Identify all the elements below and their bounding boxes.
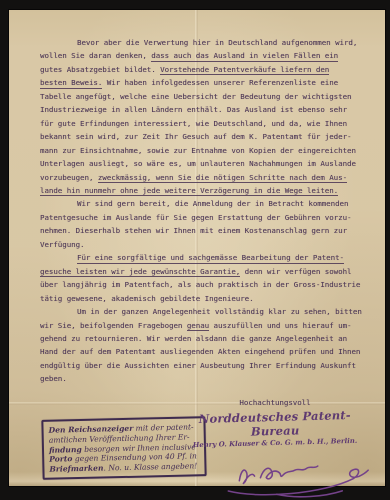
text-segment: Porto — [49, 455, 72, 465]
letter-line: gutes Absatzgebiet bildet. Vorstehende P… — [40, 63, 374, 76]
letter-line: gehend zu retournieren. Wir werden alsda… — [40, 332, 374, 345]
letter-line: endgültig über die Aussichten einer Ausb… — [40, 359, 374, 372]
text-segment: Um in der ganzen Angelegenheit vollständ… — [77, 307, 362, 316]
letter-line: Tabelle angefügt, welche eine Uebersicht… — [40, 90, 374, 103]
text-segment: besten Beweis. — [40, 78, 102, 89]
text-segment: bekannt sein wird, zur Zeit Ihr Gesuch a… — [40, 132, 351, 141]
text-segment: geben. — [40, 374, 67, 383]
letter-line: für gute Erfindungen interessiert, wie D… — [40, 117, 374, 130]
letter-page: Bevor aber die Verwertung hier in Deutsc… — [9, 10, 385, 486]
text-segment: gehend zu retournieren. Wir werden alsda… — [40, 334, 347, 343]
letter-line: mann zur Einsichtnahme, sowie zur Entnah… — [40, 144, 374, 157]
letter-line: besten Beweis. Wir haben infolgedessen u… — [40, 76, 374, 89]
closing-block: Hochachtungsvoll Norddeutsches Patent-Bu… — [175, 398, 375, 500]
letter-line: Bevor aber die Verwertung hier in Deutsc… — [40, 36, 374, 49]
company-name-script: Norddeutsches Patent-Bureau — [175, 407, 376, 440]
text-segment: Wir haben infolgedessen unserer Referenz… — [102, 78, 338, 87]
text-segment: auszufüllen und uns hierauf um- — [209, 321, 351, 330]
letter-line: wollen Sie daran denken, dass auch das A… — [40, 49, 374, 62]
text-segment: endgültig über die Aussichten einer Ausb… — [40, 361, 356, 370]
photo-background: Bevor aber die Verwertung hier in Deutsc… — [0, 0, 390, 500]
letter-line: wir Sie, beifolgenden Fragebogen genau a… — [40, 319, 374, 332]
text-segment: Für eine sorgfältige und sachgemässe Bea… — [77, 253, 344, 264]
letter-line: Für eine sorgfältige und sachgemässe Bea… — [40, 251, 374, 264]
text-segment: lande hin nunmehr ohne jede weitere Verz… — [40, 186, 338, 197]
closing-salutation: Hochachtungsvoll — [175, 398, 375, 407]
text-segment: Verfügung. — [40, 240, 85, 249]
signature-handwriting — [215, 447, 375, 500]
letter-line: vorzubeugen, zweckmässig, wenn Sie die n… — [40, 171, 374, 184]
letter-line: Industriezweige in allen Ländern enthält… — [40, 103, 374, 116]
letter-line: Unterlagen ausliegt, so wäre es, um unla… — [40, 157, 374, 170]
letter-line: Um in der ganzen Angelegenheit vollständ… — [40, 305, 374, 318]
text-segment: Bevor aber die Verwertung hier in Deutsc… — [77, 38, 357, 47]
text-segment: zweckmässig, wenn Sie die nötigen Schrit… — [98, 173, 347, 184]
letter-line: Patentgesuche im Auslande für Sie gegen … — [40, 211, 374, 224]
letter-line: gesuche leisten wir jede gewünschte Gara… — [40, 265, 374, 278]
text-segment: Wir sind gern bereit, die Anmeldung der … — [77, 199, 348, 208]
text-segment: Tabelle angefügt, welche eine Uebersicht… — [40, 92, 351, 101]
text-segment: für gute Erfindungen interessiert, wie D… — [40, 119, 347, 128]
text-segment: Industriezweige in allen Ländern enthält… — [40, 105, 347, 114]
text-segment: über langjährig im Patentfach, als auch … — [40, 280, 360, 289]
text-segment: wir Sie, beifolgenden Fragebogen — [40, 321, 187, 330]
text-segment: denn wir verfügen sowohl — [240, 267, 351, 276]
letter-line: tätig gewesene, akademisch gebildete Ing… — [40, 292, 374, 305]
letter-line: Hand der auf dem Patentamt ausliegenden … — [40, 345, 374, 358]
text-segment: Unterlagen ausliegt, so wäre es, um unla… — [40, 159, 356, 168]
text-segment: vorzubeugen, — [40, 173, 98, 182]
text-segment: Patentgesuche im Auslande für Sie gegen … — [40, 213, 351, 222]
letter-line: lande hin nunmehr ohne jede weitere Verz… — [40, 184, 374, 197]
letter-line: nehmen. Dieserhalb stehen wir Ihnen mit … — [40, 224, 374, 237]
text-segment: Vorstehende Patentverkäufe liefern den — [160, 65, 329, 76]
text-segment: Briefmarken — [49, 464, 103, 474]
letter-line: über langjährig im Patentfach, als auch … — [40, 278, 374, 291]
letter-line: geben. — [40, 372, 374, 385]
text-segment: dass auch das Ausland in vielen Fällen e… — [151, 51, 338, 62]
letter-line: Wir sind gern bereit, die Anmeldung der … — [40, 197, 374, 210]
letter-line: Verfügung. — [40, 238, 374, 251]
text-segment: wollen Sie daran denken, — [40, 51, 151, 60]
text-segment: Hand der auf dem Patentamt ausliegenden … — [40, 347, 360, 356]
text-segment: genau — [187, 321, 209, 332]
letter-line: bekannt sein wird, zur Zeit Ihr Gesuch a… — [40, 130, 374, 143]
text-segment: findung — [49, 445, 82, 455]
text-segment: mann zur Einsichtnahme, sowie zur Entnah… — [40, 146, 356, 155]
text-segment: gutes Absatzgebiet bildet. — [40, 65, 160, 74]
letter-body: Bevor aber die Verwertung hier in Deutsc… — [40, 36, 374, 386]
text-segment: nehmen. Dieserhalb stehen wir Ihnen mit … — [40, 226, 347, 235]
text-segment: tätig gewesene, akademisch gebildete Ing… — [40, 294, 254, 303]
text-segment: gesuche leisten wir jede gewünschte Gara… — [40, 267, 240, 278]
